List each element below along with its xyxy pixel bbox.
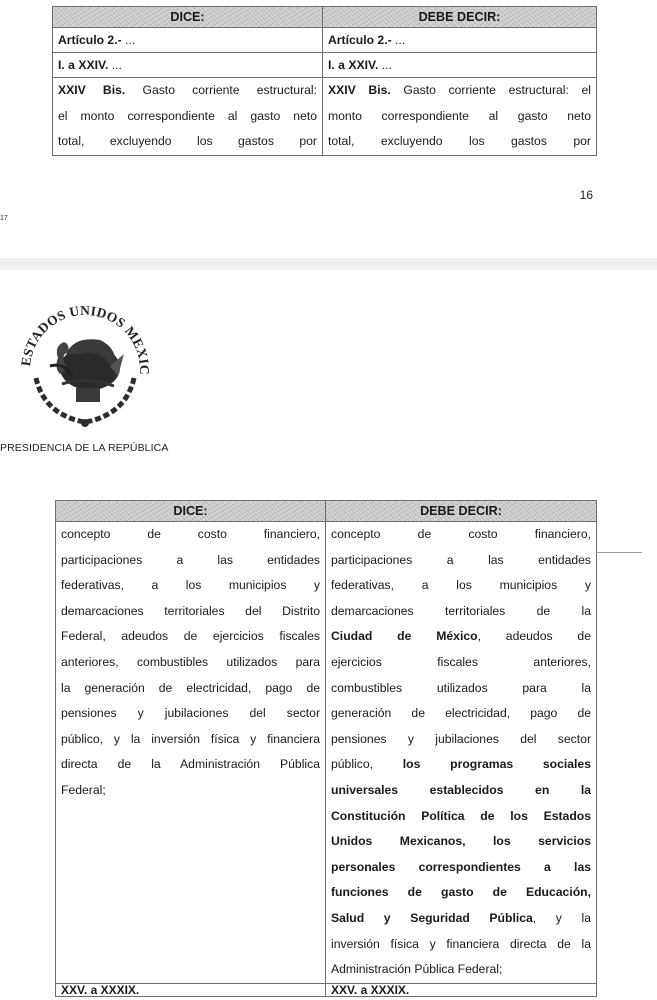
text-line: público, los programas sociales xyxy=(331,752,591,778)
cell-xxiv-bis-debe-decir: XXIV Bis. Gasto corriente estructural: e… xyxy=(323,78,597,156)
table-row: I. a XXIV. ... I. a XXIV. ... xyxy=(53,53,597,78)
text-line: combustibles utilizados para la xyxy=(331,676,591,702)
scan-artifact-line xyxy=(596,552,642,553)
text-line: Federal; xyxy=(61,778,320,804)
text-line: directa de la Administración Pública xyxy=(61,752,320,778)
table-row: Artículo 2.- ... Artículo 2.- ... xyxy=(53,28,597,53)
text-line: demarcaciones territoriales del Distrito xyxy=(61,599,320,625)
comparison-table-top: DICE: DEBE DECIR: Artículo 2.- ... Artíc… xyxy=(52,6,597,156)
text-line: inversión física y financiera directa de… xyxy=(331,932,591,958)
text-line: Ciudad de México, adeudos de xyxy=(331,624,591,650)
page-number: 16 xyxy=(580,188,593,202)
text-line: demarcaciones territoriales de la xyxy=(331,599,591,625)
text-line: concepto de costo financiero, xyxy=(61,522,320,548)
document-page-16: DICE: DEBE DECIR: Artículo 2.- ... Artíc… xyxy=(0,0,657,258)
text-line: monto correspondiente al gasto neto xyxy=(328,104,591,130)
text-line: pensiones y jubilaciones del sector xyxy=(331,727,591,753)
text-line: el monto correspondiente al gasto neto xyxy=(58,104,317,130)
cell-articulo-dice: Artículo 2.- ... xyxy=(53,28,323,53)
text-line: universales establecidos en la xyxy=(331,778,591,804)
comparison-table-bottom: DICE: DEBE DECIR: concepto de costo fina… xyxy=(55,500,597,997)
cell-debe-decir-text: concepto de costo financiero,participaci… xyxy=(326,522,597,984)
footer-mark: 17 xyxy=(0,215,8,222)
text-line: pensiones y jubilaciones del sector xyxy=(61,701,320,727)
cell-xxiv-bis-dice: XXIV Bis. Gasto corriente estructural:el… xyxy=(53,78,323,156)
column-header-debe-decir: DEBE DECIR: xyxy=(323,7,597,28)
text-line: XXIV Bis. Gasto corriente estructural: xyxy=(58,78,317,104)
cell-articulo-debe-decir: Artículo 2.- ... xyxy=(323,28,597,53)
table-row: XXV. a XXXIX. XXV. a XXXIX. xyxy=(56,983,597,996)
text-line: Federal, adeudos de ejercicios fiscales xyxy=(61,624,320,650)
cell-next-fracciones-debe-decir: XXV. a XXXIX. xyxy=(326,983,597,996)
text-line: Unidos Mexicanos, los servicios xyxy=(331,829,591,855)
text-line: personales correspondientes a las xyxy=(331,855,591,881)
text-line: Salud y Seguridad Pública, y la xyxy=(331,906,591,932)
cell-fracciones-debe-decir: I. a XXIV. ... xyxy=(323,53,597,78)
cell-fracciones-dice: I. a XXIV. ... xyxy=(53,53,323,78)
text-line: participaciones a las entidades xyxy=(331,548,591,574)
table-row: concepto de costo financiero,participaci… xyxy=(56,522,597,984)
text-line: concepto de costo financiero, xyxy=(331,522,591,548)
text-line: la generación de electricidad, pago de xyxy=(61,676,320,702)
column-header-debe-decir: DEBE DECIR: xyxy=(326,501,597,522)
text-line: anteriores, combustibles utilizados para xyxy=(61,650,320,676)
cell-dice-text: concepto de costo financiero,participaci… xyxy=(56,522,326,984)
coat-of-arms-seal-icon: ESTADOS UNIDOS MEXICANOS xyxy=(14,296,156,438)
text-line: público, y la inversión física y financi… xyxy=(61,727,320,753)
column-header-dice: DICE: xyxy=(53,7,323,28)
text-line: XXIV Bis. Gasto corriente estructural: e… xyxy=(328,78,591,104)
text-line: Administración Pública Federal; xyxy=(331,957,591,983)
text-line: total, excluyendo los gastos por xyxy=(328,129,591,155)
seal-caption: PRESIDENCIA DE LA REPÚBLICA xyxy=(0,442,168,454)
text-line: participaciones a las entidades xyxy=(61,548,320,574)
text-line: total, excluyendo los gastos por xyxy=(58,129,317,155)
page-separator xyxy=(0,258,657,270)
text-line: generación de electricidad, pago de xyxy=(331,701,591,727)
text-line: federativas, a los municipios y xyxy=(61,573,320,599)
text-line: federativas, a los municipios y xyxy=(331,573,591,599)
text-line: ejercicios fiscales anteriores, xyxy=(331,650,591,676)
cell-next-fracciones-dice: XXV. a XXXIX. xyxy=(56,983,326,996)
text-line: Constitución Política de los Estados xyxy=(331,804,591,830)
document-page-17: ESTADOS UNIDOS MEXICANOS PRESIDENCIA DE … xyxy=(0,270,657,1000)
text-line: funciones de gasto de Educación, xyxy=(331,880,591,906)
column-header-dice: DICE: xyxy=(56,501,326,522)
table-row: XXIV Bis. Gasto corriente estructural:el… xyxy=(53,78,597,156)
